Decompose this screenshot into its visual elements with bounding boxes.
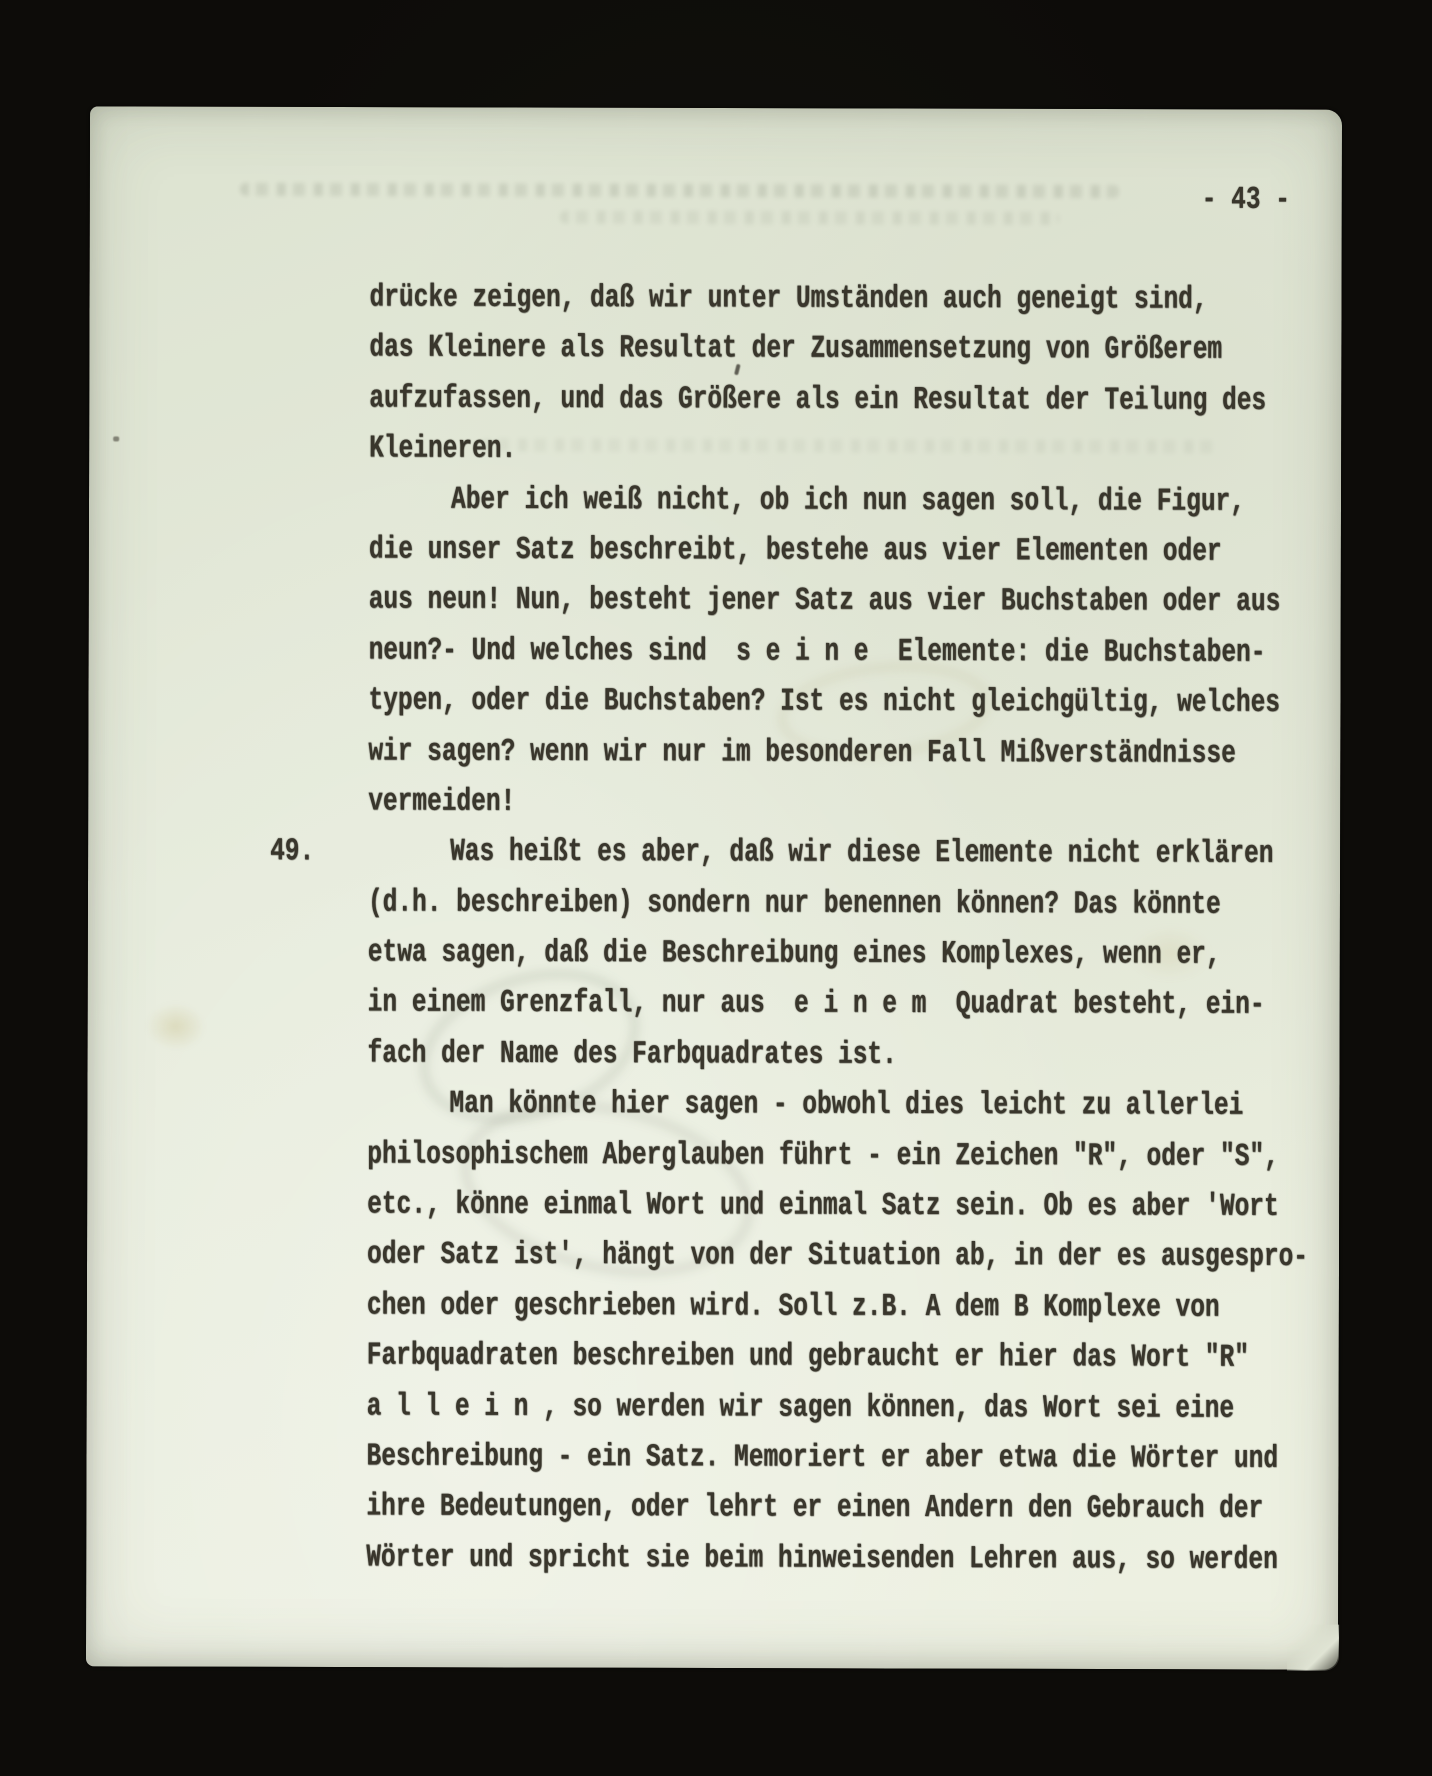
text-block: drücke zeigen, daß wir unter Umständen a…: [366, 274, 1329, 1587]
bleedthrough-typing-ghost: [240, 183, 1120, 198]
line-text: neun?- Und welches sind s e i n e Elemen…: [369, 634, 1266, 671]
line-text: a l l e i n , so werden wir sagen können…: [367, 1389, 1235, 1426]
line-text: ihre Bedeutungen, oder lehrt er einen An…: [366, 1490, 1263, 1527]
line-text: vermeiden!: [368, 785, 515, 820]
line-text: Was heißt es aber, daß wir diese Element…: [450, 835, 1273, 872]
line-text: die unser Satz beschreibt, bestehe aus v…: [369, 533, 1222, 570]
bleedthrough-typing-ghost: [560, 211, 1060, 225]
scan-photo-background: { "colors":{ "bg":"#0d0c09", "paper":"#e…: [0, 0, 1432, 1776]
line-text: wir sagen? wenn wir nur im besonderen Fa…: [368, 734, 1236, 771]
line-text: Beschreibung - ein Satz. Memoriert er ab…: [366, 1440, 1278, 1477]
ink-speck: [113, 436, 119, 441]
line-text: das Kleinere als Resultat der Zusammense…: [369, 331, 1222, 368]
line-text: aufzufassen, und das Größere als ein Res…: [369, 382, 1266, 419]
line-text: Wörter und spricht sie beim hinweisenden…: [366, 1541, 1278, 1578]
line-text: Farbquadraten beschreiben und gebraucht …: [367, 1339, 1249, 1376]
paper-stain: [146, 1003, 206, 1051]
section-number: 49.: [270, 821, 314, 887]
line-text: aus neun! Nun, besteht jener Satz aus vi…: [369, 583, 1281, 620]
line-text: in einem Grenzfall, nur aus e i n e m Qu…: [368, 986, 1265, 1023]
line-text: (d.h. beschreiben) sondern nur benennen …: [368, 886, 1221, 923]
line-text: fach der Name des Farbquadrates ist.: [368, 1037, 897, 1073]
line-text: Kleineren.: [369, 432, 516, 467]
line-text: oder Satz ist', hängt von der Situation …: [367, 1238, 1308, 1276]
line-text: drücke zeigen, daß wir unter Umständen a…: [369, 281, 1207, 318]
line-text: philosophischem Aberglauben führt - ein …: [367, 1137, 1279, 1174]
line-text: Man könnte hier sagen - obwohl dies leic…: [449, 1087, 1243, 1124]
line-text: Aber ich weiß nicht, ob ich nun sagen so…: [451, 483, 1245, 520]
line-text: chen oder geschrieben wird. Soll z.B. A …: [367, 1289, 1220, 1326]
document-page: - 43 - drücke zeigen, daß wir unter Umst…: [86, 106, 1342, 1669]
line-text: typen, oder die Buchstaben? Ist es nicht…: [368, 684, 1280, 721]
page-number: - 43 -: [1202, 169, 1290, 234]
typewritten-line: Wörter und spricht sie beim hinweisenden…: [366, 1526, 1326, 1594]
line-text: etwa sagen, daß die Beschreibung eines K…: [368, 936, 1221, 973]
corner-fold: [1287, 1625, 1339, 1671]
line-text: etc., könne einmal Wort und einmal Satz …: [367, 1188, 1279, 1225]
